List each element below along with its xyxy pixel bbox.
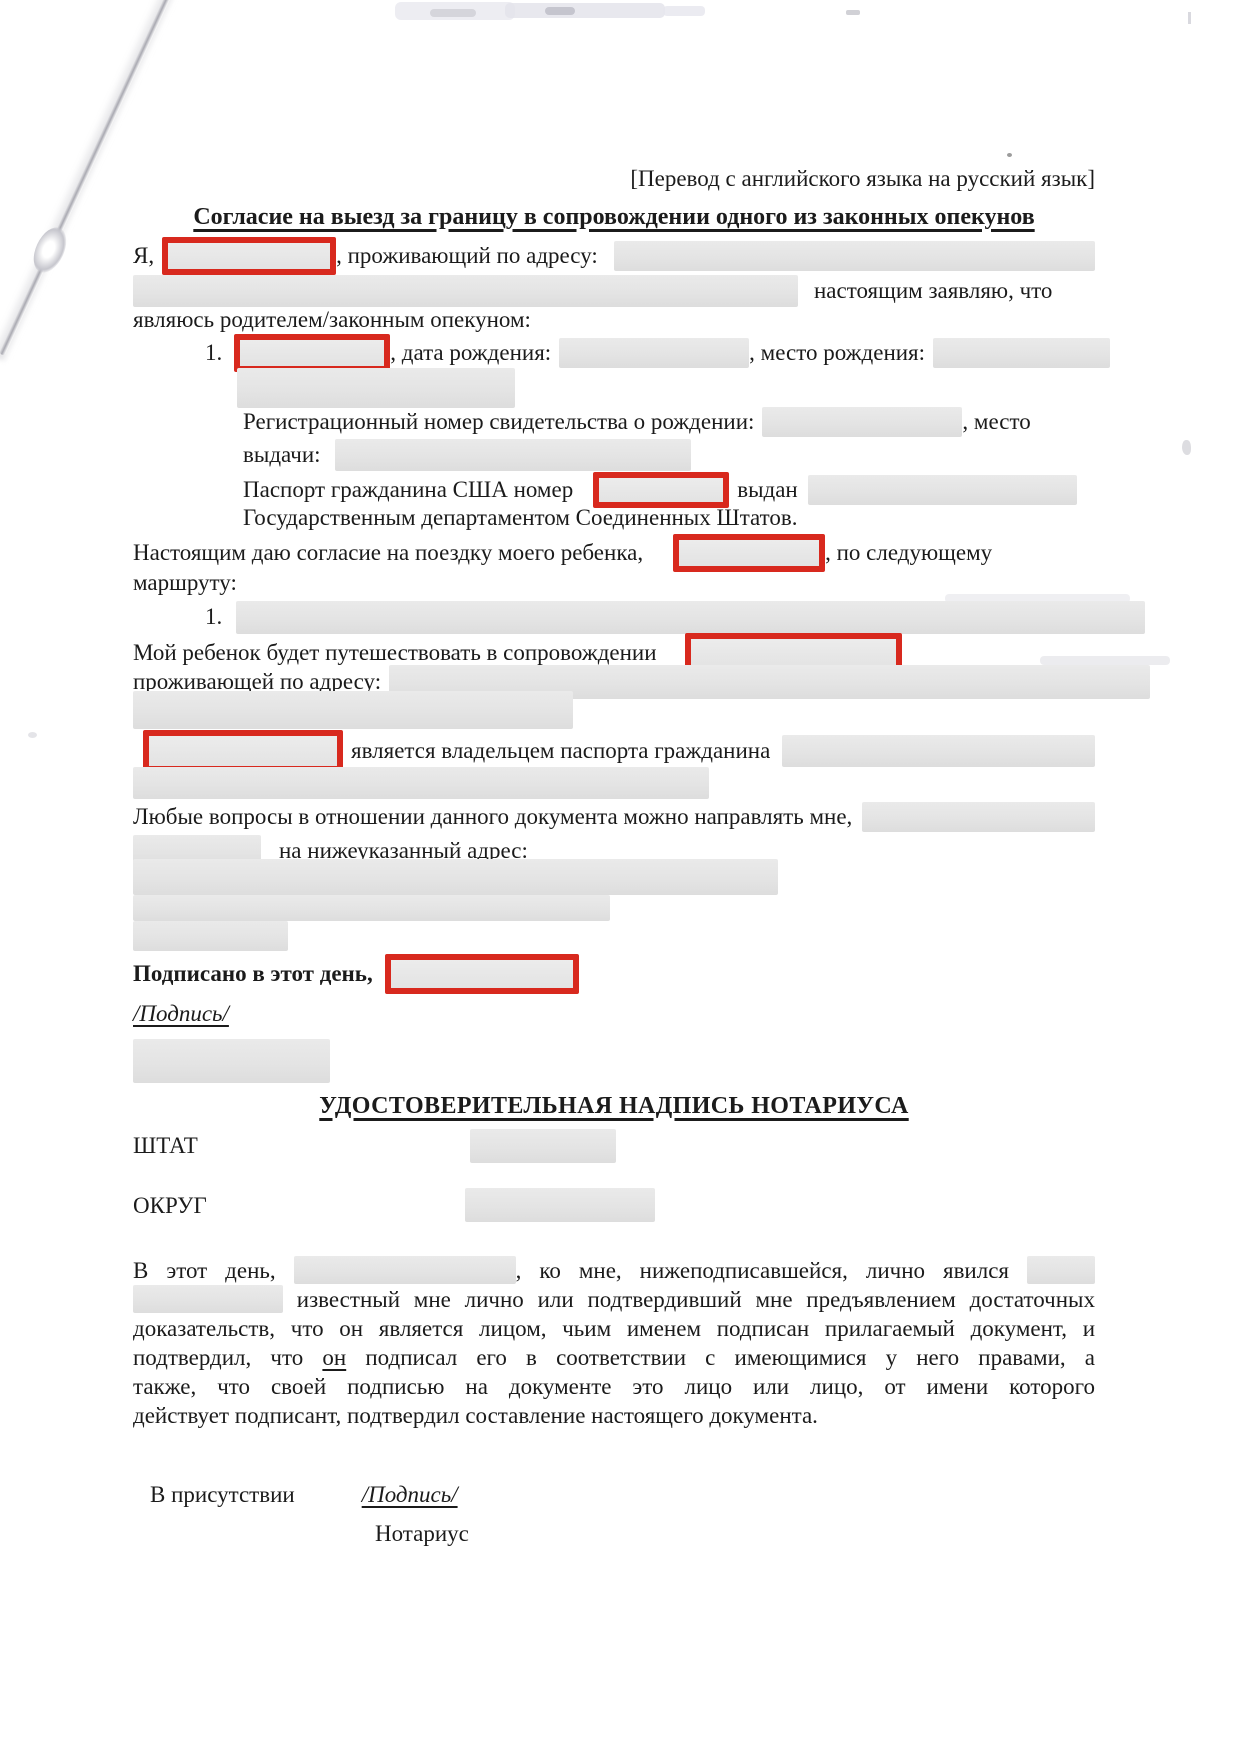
- passport-holder-text: является владельцем паспорта гражданина: [351, 738, 770, 764]
- redact-ack-name-1: [1027, 1256, 1095, 1284]
- cert-line: Регистрационный номер свидетельства о ро…: [133, 406, 1095, 438]
- passport-issuer-text: Государственным департаментом Соединенны…: [243, 505, 798, 531]
- redact-address-2: [133, 275, 798, 307]
- child-number: 1.: [205, 340, 222, 366]
- questions-line: Любые вопросы в отношении данного докуме…: [133, 801, 1095, 833]
- scan-noise-top-2: [505, 3, 665, 18]
- scan-speck-1: [545, 7, 575, 15]
- ack-2-text: известный мне лично или подтвердивший мн…: [297, 1287, 1095, 1312]
- translation-note-text: [Перевод с английского языка на русский …: [630, 166, 1095, 192]
- passport-issued-label: выдан: [737, 477, 798, 503]
- ack-line-4: подтвердил, что он подписал его в соотве…: [133, 1343, 1095, 1372]
- ack-line-5: также, что своей подписью на документе э…: [133, 1372, 1095, 1401]
- scan-speck-2: [846, 10, 860, 15]
- ack-line-3: доказательств, что он является лицом, чь…: [133, 1314, 1095, 1343]
- consent-tail-text: , по следующему: [825, 540, 992, 566]
- scan-speck-6: [1182, 440, 1191, 455]
- redact-child-name-2: [673, 534, 825, 572]
- ack-line-2: известный мне лично или подтвердивший мн…: [133, 1285, 1095, 1314]
- redact-state: [470, 1129, 616, 1163]
- issue-label: выдачи:: [243, 442, 321, 468]
- intro-line-2: настоящим заявляю, что: [133, 274, 1095, 308]
- redact-child-pob: [933, 338, 1110, 368]
- notary-label: Нотариус: [375, 1521, 469, 1547]
- consent-line: Настоящим даю согласие на поездку моего …: [133, 533, 1095, 573]
- intro-i-label: Я,: [133, 243, 154, 269]
- translation-note: [Перевод с английского языка на русский …: [133, 163, 1101, 195]
- redact-ack-date: [294, 1256, 516, 1284]
- document-title-row: Согласие на выезд за границу в сопровожд…: [133, 199, 1095, 235]
- redact-ack-name-2: [133, 1285, 283, 1313]
- intro-parent-text: являюсь родителем/законным опекуном:: [133, 307, 531, 333]
- signature-mark: /Подпись/: [133, 1001, 229, 1027]
- child-line: 1. , дата рождения: , место рождения:: [133, 333, 1110, 373]
- scanned-document-page: [Перевод с английского языка на русский …: [0, 0, 1240, 1753]
- signature-line: /Подпись/: [133, 999, 1095, 1029]
- scan-speck-3: [1188, 12, 1191, 24]
- county-label: ОКРУГ: [133, 1193, 207, 1219]
- redact-sign-date: [385, 954, 579, 994]
- route-number: 1.: [205, 604, 222, 630]
- scan-noise-top-4: [663, 6, 705, 16]
- scan-noise-top-3: [430, 9, 476, 17]
- redact-issue-place: [335, 439, 691, 471]
- witness-label: В присутствии: [150, 1482, 295, 1508]
- signed-line: Подписано в этот день,: [133, 953, 1095, 995]
- route-line: 1.: [133, 599, 1145, 635]
- route-label-line: маршруту:: [133, 568, 1095, 598]
- redact-parent-name: [162, 237, 336, 275]
- cert-label: Регистрационный номер свидетельства о ро…: [243, 409, 754, 435]
- county-line: ОКРУГ: [133, 1186, 1095, 1226]
- cert-place-label: , место: [962, 409, 1030, 435]
- redact-companion-address-2: [133, 691, 573, 729]
- redact-citizenship: [782, 735, 1095, 767]
- redact-address-block-1: [133, 859, 778, 895]
- consent-lead-text: Настоящим даю согласие на поездку моего …: [133, 540, 643, 566]
- redact-child-dob: [559, 338, 749, 368]
- intro-line-3: являюсь родителем/законным опекуном:: [133, 305, 1095, 335]
- intro-address-label: , проживающий по адресу:: [336, 243, 598, 269]
- redact-address-1: [614, 241, 1095, 271]
- state-line: ШТАТ: [133, 1126, 1095, 1166]
- witness-line: В присутствии /Подпись/: [133, 1480, 1095, 1510]
- signed-label: Подписано в этот день,: [133, 961, 373, 987]
- redact-passport-issuer-place: [808, 475, 1077, 505]
- redact-child-name: [234, 334, 390, 372]
- redact-signer-name-block: [133, 1039, 330, 1083]
- ack-5-text: также, что своей подписью на документе э…: [133, 1374, 1095, 1399]
- redact-county: [465, 1188, 655, 1222]
- intro-line-1: Я, , проживающий по адресу:: [133, 236, 1095, 276]
- scan-speck-4: [1007, 153, 1012, 157]
- passport-issuer-line: Государственным департаментом Соединенны…: [133, 503, 1095, 533]
- ack-4b-underlined: он: [322, 1345, 346, 1370]
- notary-heading-row: УДОСТОВЕРИТЕЛЬНАЯ НАДПИСЬ НОТАРИУСА: [133, 1088, 1095, 1124]
- redact-cert-number: [762, 407, 962, 437]
- ack-1a-text: В этот день,: [133, 1258, 276, 1283]
- state-label: ШТАТ: [133, 1133, 198, 1159]
- redact-address-block-2: [133, 895, 610, 921]
- issue-line: выдачи:: [133, 438, 1095, 472]
- ack-3-text: доказательств, что он является лицом, чь…: [133, 1316, 1095, 1341]
- notary-heading: УДОСТОВЕРИТЕЛЬНАЯ НАДПИСЬ НОТАРИУСА: [319, 1093, 908, 1120]
- ack-1b-text: , ко мне, нижеподписавшейся, лично явилс…: [516, 1258, 1009, 1283]
- ack-line-1: В этот день, , ко мне, нижеподписавшейся…: [133, 1256, 1095, 1285]
- redact-passport-row: [133, 767, 709, 799]
- redact-route: [236, 601, 1145, 634]
- redact-address-block-3: [133, 921, 288, 951]
- ack-4c-text: подписал его в соответствии с имеющимися…: [365, 1345, 1095, 1370]
- redact-pob-continuation: [237, 368, 515, 408]
- witness-signature-mark: /Подпись/: [362, 1482, 458, 1508]
- ack-line-6: действует подписант, подтвердил составле…: [133, 1401, 1095, 1430]
- redact-companion-name-2: [143, 730, 343, 772]
- ack-4a-text: подтвердил, что: [133, 1345, 303, 1370]
- passport-label: Паспорт гражданина США номер: [243, 477, 573, 503]
- child-pob-label: , место рождения:: [749, 340, 925, 366]
- redact-contact-1: [862, 802, 1095, 832]
- page-title: Согласие на выезд за границу в сопровожд…: [193, 204, 1034, 231]
- scan-speck-7: [28, 732, 37, 738]
- ack-6-text: действует подписант, подтвердил составле…: [133, 1403, 818, 1428]
- route-label: маршруту:: [133, 570, 237, 596]
- notary-title-line: Нотариус: [133, 1519, 1095, 1549]
- questions-text: Любые вопросы в отношении данного докуме…: [133, 804, 852, 830]
- intro-declare-text: настоящим заявляю, что: [814, 278, 1052, 304]
- child-dob-label: , дата рождения:: [390, 340, 551, 366]
